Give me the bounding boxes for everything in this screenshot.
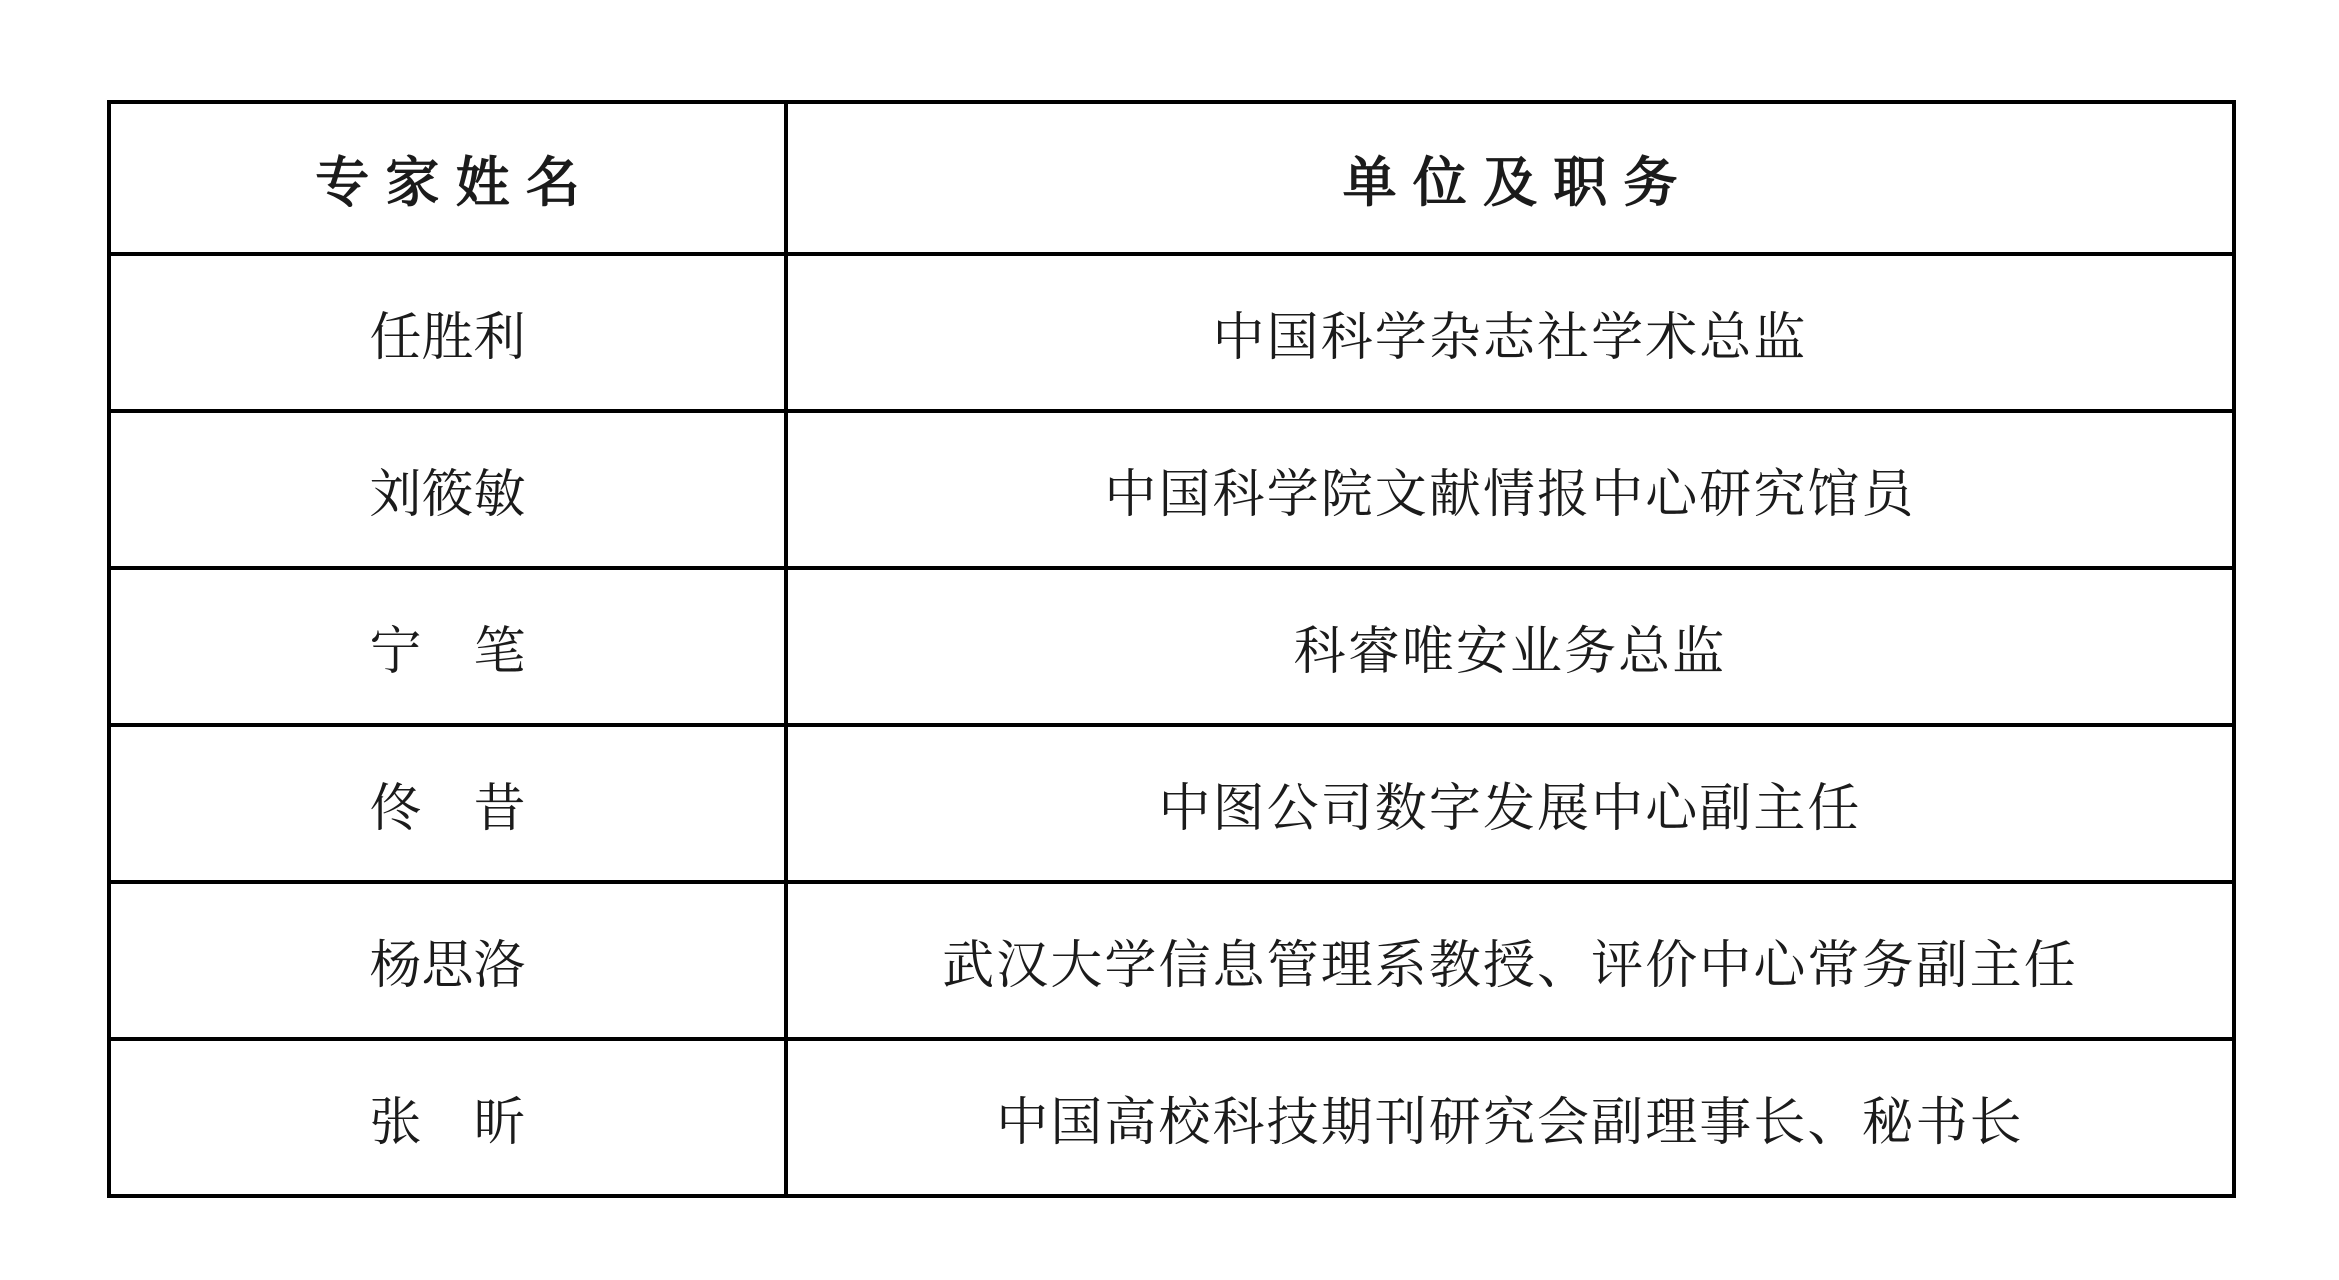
unit-position-cell: 中国高校科技期刊研究会副理事长、秘书长 (786, 1039, 2234, 1196)
expert-name-cell: 刘筱敏 (109, 411, 786, 568)
expert-name-cell: 宁 笔 (109, 568, 786, 725)
expert-name-cell: 任胜利 (109, 254, 786, 411)
column-header-expert-name: 专家姓名 (109, 102, 786, 254)
table-header-row: 专家姓名 单位及职务 (109, 102, 2234, 254)
expert-name-cell: 杨思洛 (109, 882, 786, 1039)
column-header-unit-position: 单位及职务 (786, 102, 2234, 254)
expert-name-cell: 张 昕 (109, 1039, 786, 1196)
unit-position-cell: 武汉大学信息管理系教授、评价中心常务副主任 (786, 882, 2234, 1039)
unit-position-cell: 中国科学杂志社学术总监 (786, 254, 2234, 411)
expert-table: 专家姓名 单位及职务 任胜利 中国科学杂志社学术总监 刘筱敏 中国科学院文献情报… (107, 100, 2236, 1198)
table-row: 刘筱敏 中国科学院文献情报中心研究馆员 (109, 411, 2234, 568)
unit-position-cell: 中图公司数字发展中心副主任 (786, 725, 2234, 882)
document-page: 专家姓名 单位及职务 任胜利 中国科学杂志社学术总监 刘筱敏 中国科学院文献情报… (0, 0, 2339, 1280)
unit-position-cell: 中国科学院文献情报中心研究馆员 (786, 411, 2234, 568)
table-row: 任胜利 中国科学杂志社学术总监 (109, 254, 2234, 411)
table-row: 张 昕 中国高校科技期刊研究会副理事长、秘书长 (109, 1039, 2234, 1196)
expert-name-cell: 佟 昔 (109, 725, 786, 882)
table-row: 杨思洛 武汉大学信息管理系教授、评价中心常务副主任 (109, 882, 2234, 1039)
table-row: 佟 昔 中图公司数字发展中心副主任 (109, 725, 2234, 882)
unit-position-cell: 科睿唯安业务总监 (786, 568, 2234, 725)
table-row: 宁 笔 科睿唯安业务总监 (109, 568, 2234, 725)
